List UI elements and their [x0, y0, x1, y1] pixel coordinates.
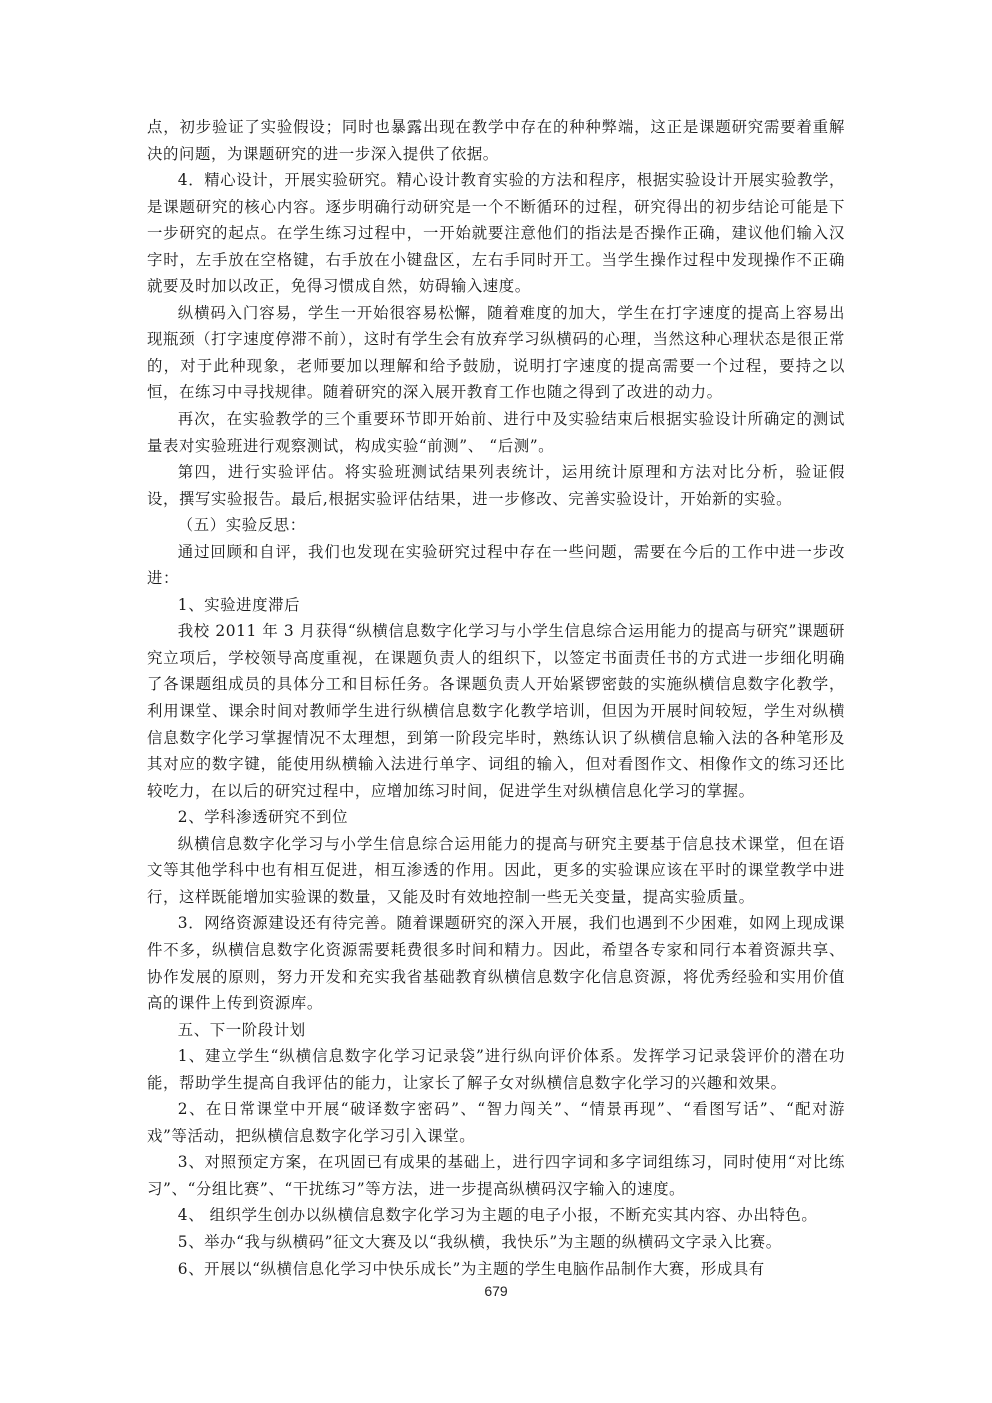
section-heading-next-plan: 五、下一阶段计划	[147, 1017, 845, 1044]
paragraph-design-experiment: 4．精心设计，开展实验研究。精心设计教育实验的方法和程序，根据实验设计开展实验教…	[147, 167, 845, 300]
paragraph-bottleneck: 纵横码入门容易，学生一开始很容易松懈，随着难度的加大，学生在打字速度的提高上容易…	[147, 300, 845, 406]
paragraph-evaluation: 第四，进行实验评估。将实验班测试结果列表统计，运用统计原理和方法对比分析，验证假…	[147, 459, 845, 512]
paragraph-subject-integration: 纵横信息数字化学习与小学生信息综合运用能力的提高与研究主要基于信息技术课堂，但在…	[147, 831, 845, 911]
section-heading-reflection: （五）实验反思：	[147, 512, 845, 539]
page-number: 679	[0, 1283, 992, 1299]
paragraph-network-resources: 3．网络资源建设还有待完善。随着课题研究的深入开展，我们也遇到不少困难，如网上现…	[147, 910, 845, 1016]
plan-item-6: 6、开展以“纵横信息化学习中快乐成长”为主题的学生电脑作品制作大赛，形成具有	[147, 1256, 845, 1283]
plan-item-5: 5、举办“我与纵横码”征文大赛及以“我纵横，我快乐”为主题的纵横码文字录入比赛。	[147, 1229, 845, 1256]
paragraph-progress-lag: 我校 2011 年 3 月获得“纵横信息数字化学习与小学生信息综合运用能力的提高…	[147, 618, 845, 804]
subheading-progress-lag: 1、实验进度滞后	[147, 592, 845, 619]
paragraph-pre-post-test: 再次，在实验教学的三个重要环节即开始前、进行中及实验结束后根据实验设计所确定的测…	[147, 406, 845, 459]
plan-item-3: 3、对照预定方案，在巩固已有成果的基础上，进行四字词和多字词组练习，同时使用“对…	[147, 1149, 845, 1202]
plan-item-4: 4、 组织学生创办以纵横信息数字化学习为主题的电子小报，不断充实其内容、办出特色…	[147, 1202, 845, 1229]
document-page: 点，初步验证了实验假设；同时也暴露出现在教学中存在的种种弊端，这正是课题研究需要…	[0, 0, 992, 1403]
paragraph-reflection-intro: 通过回顾和自评，我们也发现在实验研究过程中存在一些问题，需要在今后的工作中进一步…	[147, 539, 845, 592]
subheading-subject-integration: 2、学科渗透研究不到位	[147, 804, 845, 831]
plan-item-1: 1、建立学生“纵横信息数字化学习记录袋”进行纵向评价体系。发挥学习记录袋评价的潜…	[147, 1043, 845, 1096]
body-text: 点，初步验证了实验假设；同时也暴露出现在教学中存在的种种弊端，这正是课题研究需要…	[147, 114, 845, 1282]
paragraph-continuation: 点，初步验证了实验假设；同时也暴露出现在教学中存在的种种弊端，这正是课题研究需要…	[147, 114, 845, 167]
plan-item-2: 2、在日常课堂中开展“破译数字密码”、“智力闯关”、“情景再现”、“看图写话”、…	[147, 1096, 845, 1149]
